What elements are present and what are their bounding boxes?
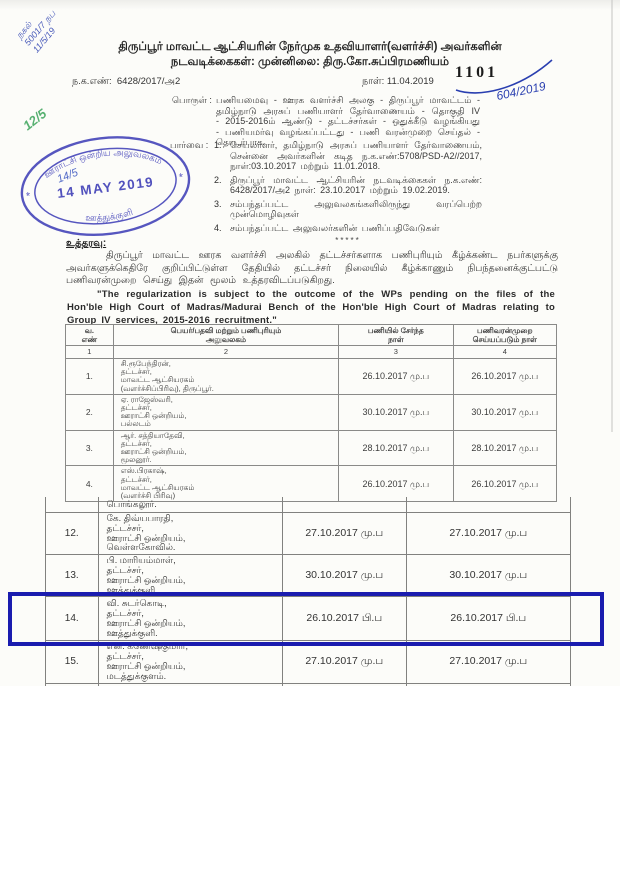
cell-regularized-date: 30.10.2017 மு.ப <box>406 555 570 597</box>
handwritten-green-initials: 12/5 <box>20 106 49 133</box>
reference-item: 4. சம்பந்தப்பட்ட அலுவலர்களின் பணிப்பதிவே… <box>214 223 482 234</box>
stamp-star-left: * <box>25 190 31 203</box>
order-paragraph: திருப்பூர் மாவட்ட ஊரக வளர்ச்சி அலகில் தட… <box>66 250 558 288</box>
table-index-row: 1 2 3 4 <box>66 346 557 359</box>
table-row-14: 14. வி. சுடர்கொடி, தட்டச்சர், ஊராட்சி ஒன… <box>46 597 571 641</box>
reference-item-number: 1. <box>214 140 230 172</box>
col-header-joined-date: பணியில் சேர்ந்த நாள் <box>339 325 453 346</box>
cell-joined-date: 27.10.2017 மு.ப <box>282 513 406 555</box>
references-label: பார்வை : <box>170 140 214 247</box>
cell-regularized-date: 27.10.2017 மு.ப <box>406 641 570 683</box>
cell-joined-date: 28.10.2017 மு.ப <box>339 430 453 466</box>
document-date-label: நாள்: <box>362 76 384 87</box>
table-row-13: 13. பி. மாரியம்மாள், தட்டச்சர், ஊராட்சி … <box>46 555 571 597</box>
cell-serial: 13. <box>46 555 99 597</box>
references-list: 1. செயலாளர், தமிழ்நாடு அரசுப் பணியாளர் த… <box>214 140 482 247</box>
col-header-name-office: பெயர்/பதவி மற்றும் பணிபுரியும் அலுவலகம் <box>113 325 338 346</box>
cell-joined-date: 30.10.2017 மு.ப <box>282 555 406 597</box>
cell-name-office: ஏ. ராஜேஸ்வரி, தட்டச்சர், ஊராட்சி ஒன்றியம… <box>113 394 338 430</box>
cell-name-office <box>98 683 282 686</box>
cell-serial <box>46 683 99 686</box>
table-row-2: 2. ஏ. ராஜேஸ்வரி, தட்டச்சர், ஊராட்சி ஒன்ற… <box>66 394 557 430</box>
reference-item-text: சம்பந்தப்பட்ட அலுவலகங்களிலிருந்து வரப்பெ… <box>230 199 482 220</box>
table-row-12: 12. கே. திவ்யபாரதி, தட்டச்சர், ஊராட்சி ஒ… <box>46 513 571 555</box>
scan-edge-shade <box>0 0 620 10</box>
order-heading: உத்தரவு: <box>66 238 106 250</box>
cell-joined-date <box>282 497 406 513</box>
cell-regularized-date: 30.10.2017 மு.ப <box>453 394 556 430</box>
cell-name-office: வி. சுடர்கொடி, தட்டச்சர், ஊராட்சி ஒன்றிய… <box>98 597 282 641</box>
cell-regularized-date <box>406 497 570 513</box>
cell-name-office: கே. திவ்யபாரதி, தட்டச்சர், ஊராட்சி ஒன்றி… <box>98 513 282 555</box>
reference-number: ந.க.எண்: 6428/2017/அ2 <box>72 76 180 88</box>
cell-name-office: பி. மாரியம்மாள், தட்டச்சர், ஊராட்சி ஒன்ற… <box>98 555 282 597</box>
cell-joined-date: 26.10.2017 மு.ப <box>339 359 453 395</box>
table-row-partial-bottom <box>46 683 571 686</box>
document-date-value: 11.04.2019 <box>387 76 434 87</box>
cell-name-office: சி.ரூபேந்திரன், தட்டச்சர், மாவட்ட ஆட்சிய… <box>113 359 338 395</box>
reference-item: 3. சம்பந்தப்பட்ட அலுவலகங்களிலிருந்து வரப… <box>214 199 482 220</box>
reference-item-text: செயலாளர், தமிழ்நாடு அரசுப் பணியாளர் தேர்… <box>230 140 482 172</box>
table-row-1: 1. சி.ரூபேந்திரன், தட்டச்சர், மாவட்ட ஆட்… <box>66 359 557 395</box>
cell-serial: 12. <box>46 513 99 555</box>
cell-regularized-date: 27.10.2017 மு.ப <box>406 513 570 555</box>
header-line1: திருப்பூர் மாவட்ட ஆட்சியரின் நேர்முக உதவ… <box>0 40 620 55</box>
scanned-page: நகல் 5001/7 நப 11/5/19 திருப்பூர் மாவட்ட… <box>0 0 620 686</box>
reference-item: 1. செயலாளர், தமிழ்நாடு அரசுப் பணியாளர் த… <box>214 140 482 172</box>
cell-regularized-date: 26.10.2017 மு.ப <box>453 359 556 395</box>
cell-regularized-date <box>406 683 570 686</box>
cell-regularized-date: 28.10.2017 மு.ப <box>453 430 556 466</box>
reference-number-value: 6428/2017/அ2 <box>117 76 180 87</box>
order-english-condition: "The regularization is subject to the ou… <box>67 288 555 328</box>
table-row-15: 15. என். கணேஷ்குமார், தட்டச்சர், ஊராட்சி… <box>46 641 571 683</box>
col-header-regularized-date: பணிவரன்முறை செய்யப்படும் நாள் <box>453 325 556 346</box>
table-row-3: 3. ஆர். சத்தியாதேவி, தட்டச்சர், ஊராட்சி … <box>66 430 557 466</box>
section-separator-stars: ***** <box>214 236 482 247</box>
cell-name-office: பொங்கலூர். <box>98 497 282 513</box>
cell-name-office: என். கணேஷ்குமார், தட்டச்சர், ஊராட்சி ஒன்… <box>98 641 282 683</box>
cell-joined-date: 30.10.2017 மு.ப <box>339 394 453 430</box>
cell-serial: 14. <box>46 597 99 641</box>
cell-joined-date <box>282 683 406 686</box>
cell-name-office: ஆர். சத்தியாதேவி, தட்டச்சர், ஊராட்சி ஒன்… <box>113 430 338 466</box>
reference-item-text: சம்பந்தப்பட்ட அலுவலர்களின் பணிப்பதிவேடுக… <box>230 223 482 234</box>
cell-joined-date: 26.10.2017 பி.ப <box>282 597 406 641</box>
reference-item-text: திருப்பூர் மாவட்ட ஆட்சியரின் நடவடிக்கைகள… <box>230 175 482 196</box>
reference-item-number: 3. <box>214 199 230 220</box>
cell-serial: 1. <box>66 359 114 395</box>
cell-serial: 3. <box>66 430 114 466</box>
reference-number-label: ந.க.எண்: <box>72 76 112 87</box>
reference-item-number: 4. <box>214 223 230 234</box>
reference-item-number: 2. <box>214 175 230 196</box>
regularization-table-page1: வ. எண் பெயர்/பதவி மற்றும் பணிபுரியும் அல… <box>65 324 557 502</box>
table-row-partial-top: பொங்கலூர். <box>46 497 571 513</box>
cell-joined-date: 27.10.2017 மு.ப <box>282 641 406 683</box>
col-index: 2 <box>113 346 338 359</box>
references-block: பார்வை : 1. செயலாளர், தமிழ்நாடு அரசுப் ப… <box>170 140 482 247</box>
cell-serial <box>46 497 99 513</box>
col-index: 1 <box>66 346 114 359</box>
col-index: 4 <box>453 346 556 359</box>
table-header-row: வ. எண் பெயர்/பதவி மற்றும் பணிபுரியும் அல… <box>66 325 557 346</box>
reference-item: 2. திருப்பூர் மாவட்ட ஆட்சியரின் நடவடிக்க… <box>214 175 482 196</box>
col-index: 3 <box>339 346 453 359</box>
document-date: நாள்: 11.04.2019 <box>362 76 434 88</box>
regularization-table-page2-fragment: பொங்கலூர். 12. கே. திவ்யபாரதி, தட்டச்சர்… <box>45 497 571 686</box>
cell-serial: 15. <box>46 641 99 683</box>
col-header-serial: வ. எண் <box>66 325 114 346</box>
cell-regularized-date: 26.10.2017 பி.ப <box>406 597 570 641</box>
cell-serial: 2. <box>66 394 114 430</box>
